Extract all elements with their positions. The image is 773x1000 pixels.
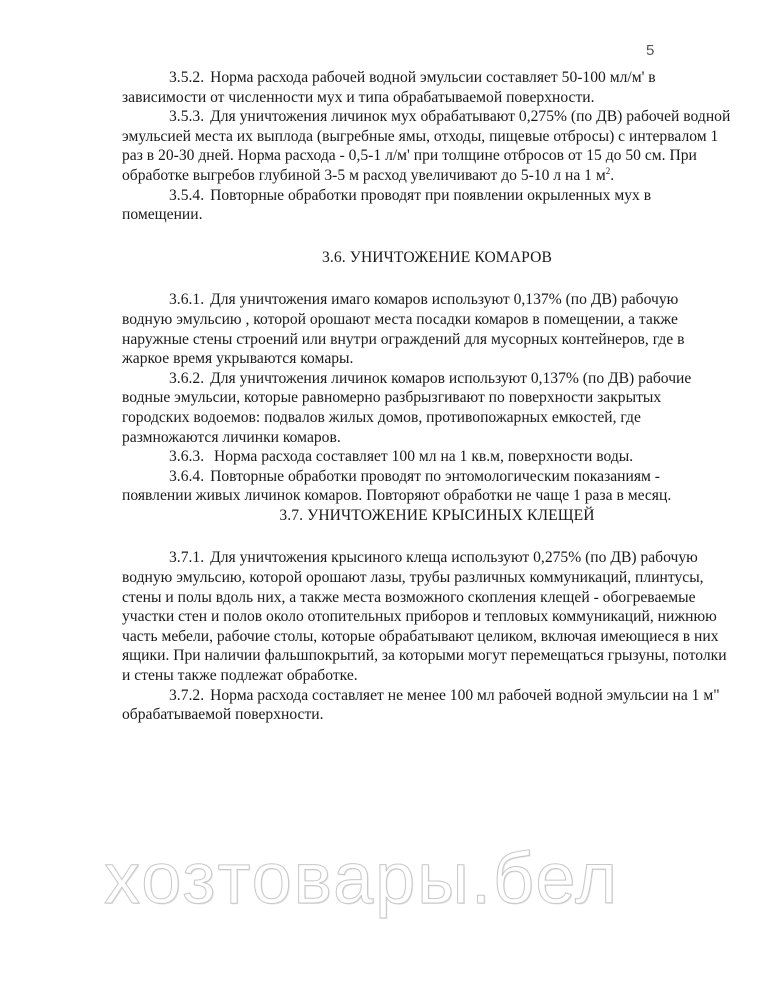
paragraph-3-6-4: 3.6.4.Повторные обработки проводят по эн… <box>122 467 732 506</box>
paragraph-text: Повторные обработки проводят по энтомоло… <box>122 468 671 505</box>
paragraph-number: 3.5.2. <box>169 69 204 86</box>
paragraph-text: Для уничтожения крысиного клеща использу… <box>122 549 727 684</box>
paragraph-text: Для уничтожения имаго комаров используют… <box>122 291 684 367</box>
paragraph-number: 3.7.1. <box>169 549 204 566</box>
page-number: 5 <box>646 42 654 59</box>
section-heading: 3.7. УНИЧТОЖЕНИЕ КРЫСИНЫХ КЛЕЩЕЙ <box>122 506 732 526</box>
paragraph-tail: . <box>610 167 614 184</box>
paragraph-text: Для уничтожения личинок комаров использу… <box>122 370 691 446</box>
section-3-6: 3.6. УНИЧТОЖЕНИЕ КОМАРОВ 3.6.1.Для уничт… <box>122 248 732 506</box>
paragraph-number: 3.5.4. <box>169 187 204 204</box>
paragraph-3-6-2: 3.6.2.Для уничтожения личинок комаров ис… <box>122 369 732 447</box>
paragraph-number: 3.6.2. <box>169 370 204 387</box>
document-body: 3.5.2.Норма расхода рабочей водной эмуль… <box>122 68 732 725</box>
paragraph-number: 3.5.3. <box>169 108 204 125</box>
paragraph-3-5-4: 3.5.4.Повторные обработки проводят при п… <box>122 186 732 225</box>
section-3-5: 3.5.2.Норма расхода рабочей водной эмуль… <box>122 68 732 225</box>
section-3-7: 3.7. УНИЧТОЖЕНИЕ КРЫСИНЫХ КЛЕЩЕЙ 3.7.1.Д… <box>122 506 732 725</box>
paragraph-text: Норма расхода составляет не менее 100 мл… <box>122 687 720 724</box>
paragraph-3-6-3: 3.6.3. Норма расхода составляет 100 мл н… <box>122 447 732 467</box>
watermark: хозтовары.бел <box>104 838 619 920</box>
paragraph-3-6-1: 3.6.1.Для уничтожения имаго комаров испо… <box>122 290 732 368</box>
section-heading: 3.6. УНИЧТОЖЕНИЕ КОМАРОВ <box>122 248 732 268</box>
paragraph-number: 3.7.2. <box>169 687 204 704</box>
paragraph-3-5-3: 3.5.3.Для уничтожения личинок мух обраба… <box>122 107 732 185</box>
paragraph-number: 3.6.1. <box>169 291 204 308</box>
paragraph-3-7-2: 3.7.2.Норма расхода составляет не менее … <box>122 686 732 725</box>
paragraph-number: 3.6.4. <box>169 468 204 485</box>
paragraph-text: Норма расхода составляет 100 мл на 1 кв.… <box>210 448 633 465</box>
paragraph-text: Для уничтожения личинок мух обрабатывают… <box>122 108 730 184</box>
paragraph-3-5-2: 3.5.2.Норма расхода рабочей водной эмуль… <box>122 68 732 107</box>
paragraph-number: 3.6.3. <box>169 448 204 465</box>
paragraph-3-7-1: 3.7.1.Для уничтожения крысиного клеща ис… <box>122 548 732 685</box>
